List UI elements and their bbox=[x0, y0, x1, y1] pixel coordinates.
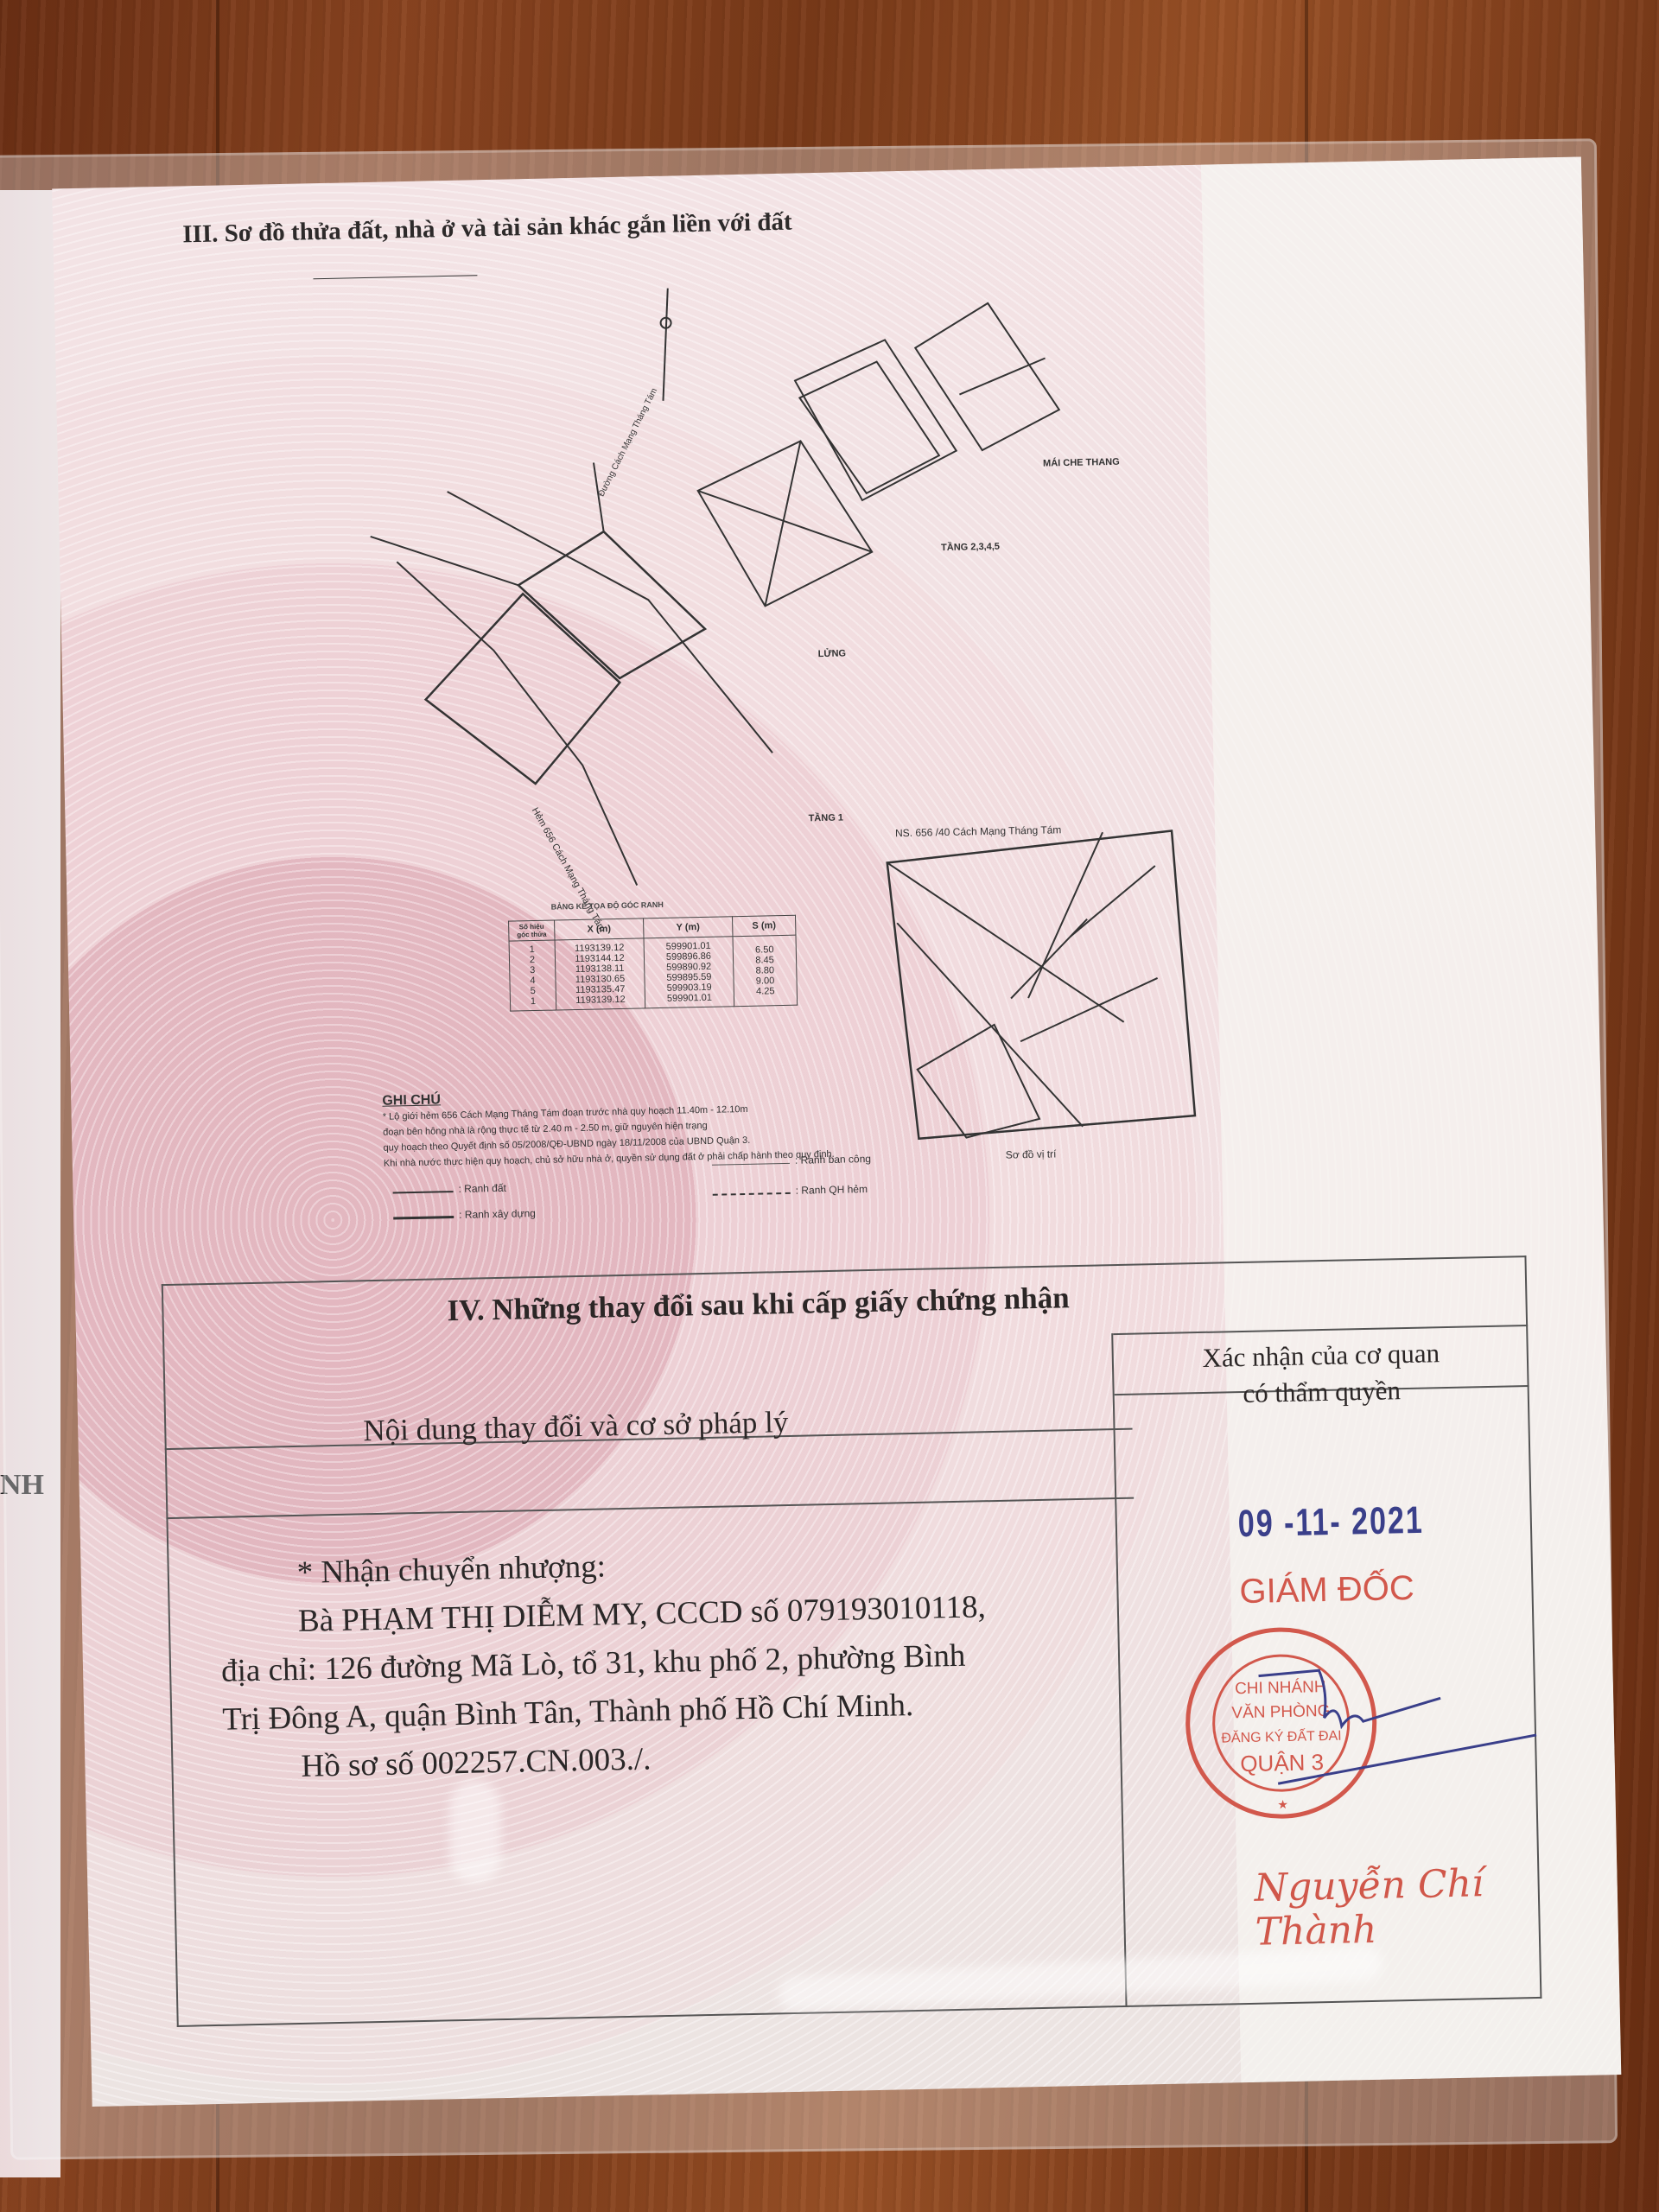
director-title-stamp: GIÁM ĐỐC bbox=[1239, 1569, 1414, 1611]
coord-col-s: S (m) bbox=[733, 915, 796, 937]
mezzanine-label: LỬNG bbox=[818, 647, 847, 659]
stair-roof-label: MÁI CHE THANG bbox=[1043, 456, 1120, 469]
location-map-title: NS. 656 /40 Cách Mạng Tháng Tám bbox=[895, 823, 1062, 839]
solid-line-icon bbox=[393, 1191, 454, 1193]
coord-table-data-row: 1 2 3 4 5 11193139.12 1193144.12 1193138… bbox=[509, 935, 798, 1011]
floors-2-5-label: TẦNG 2,3,4,5 bbox=[941, 541, 1000, 553]
authority-header-line: có thẩm quyền bbox=[1140, 1370, 1503, 1414]
coord-cell-y: 599901.01 599896.86 599890.92 599895.59 … bbox=[644, 937, 734, 1008]
alley-label: Hẻm 656 Cách Mạng Tháng Tám bbox=[530, 806, 607, 934]
dashed-line-icon bbox=[713, 1192, 791, 1196]
coord-cell-s: 6.50 8.45 8.80 9.00 4.25 bbox=[733, 935, 798, 1007]
north-arrow-icon bbox=[661, 289, 671, 401]
coord-cell-id: 1 2 3 4 5 1 bbox=[509, 940, 556, 1011]
thin-line-icon bbox=[712, 1163, 790, 1166]
certificate-page: III. Sơ đồ thửa đất, nhà ở và tài sản kh… bbox=[52, 156, 1621, 2107]
boundary-coordinate-table: Số hiệu góc thửa X (m) Y (m) S (m) 1 2 3… bbox=[508, 915, 798, 1012]
coord-col-x: X (m) bbox=[555, 918, 644, 940]
signatory-name: Nguyễn Chí Thành bbox=[1254, 1860, 1541, 1955]
section-4-changes-table: IV. Những thay đổi sau khi cấp giấy chứn… bbox=[162, 1255, 1542, 2027]
floor-1-label: TẦNG 1 bbox=[809, 812, 844, 824]
change-entry: * Nhận chuyển nhượng: Bà PHẠM THỊ DIỄM M… bbox=[219, 1532, 1114, 1793]
coord-col-id: Số hiệu góc thửa bbox=[509, 920, 555, 941]
coord-cell-x: 1193139.12 1193144.12 1193138.11 1193130… bbox=[555, 938, 645, 1010]
signature-icon bbox=[1241, 1662, 1554, 1807]
legend-item-land-boundary: : Ranh đất bbox=[392, 1182, 506, 1197]
street-label: Đường Cách Mạng Tháng Tám bbox=[597, 387, 660, 499]
coord-table-body: 1 2 3 4 5 11193139.12 1193144.12 1193138… bbox=[509, 935, 798, 1011]
date-stamp: 09 -11- 2021 bbox=[1237, 1499, 1424, 1547]
sleeve-glare bbox=[449, 1780, 501, 1884]
authority-column-header: Xác nhận của cơ quan có thẩm quyền bbox=[1139, 1334, 1503, 1414]
land-plot-diagram: TẦNG 1 LỬNG TẦNG 2,3,4,5 MÁI CHE THANG N… bbox=[313, 259, 1239, 1177]
coord-col-y: Y (m) bbox=[644, 917, 733, 938]
thick-line-icon bbox=[393, 1216, 454, 1219]
